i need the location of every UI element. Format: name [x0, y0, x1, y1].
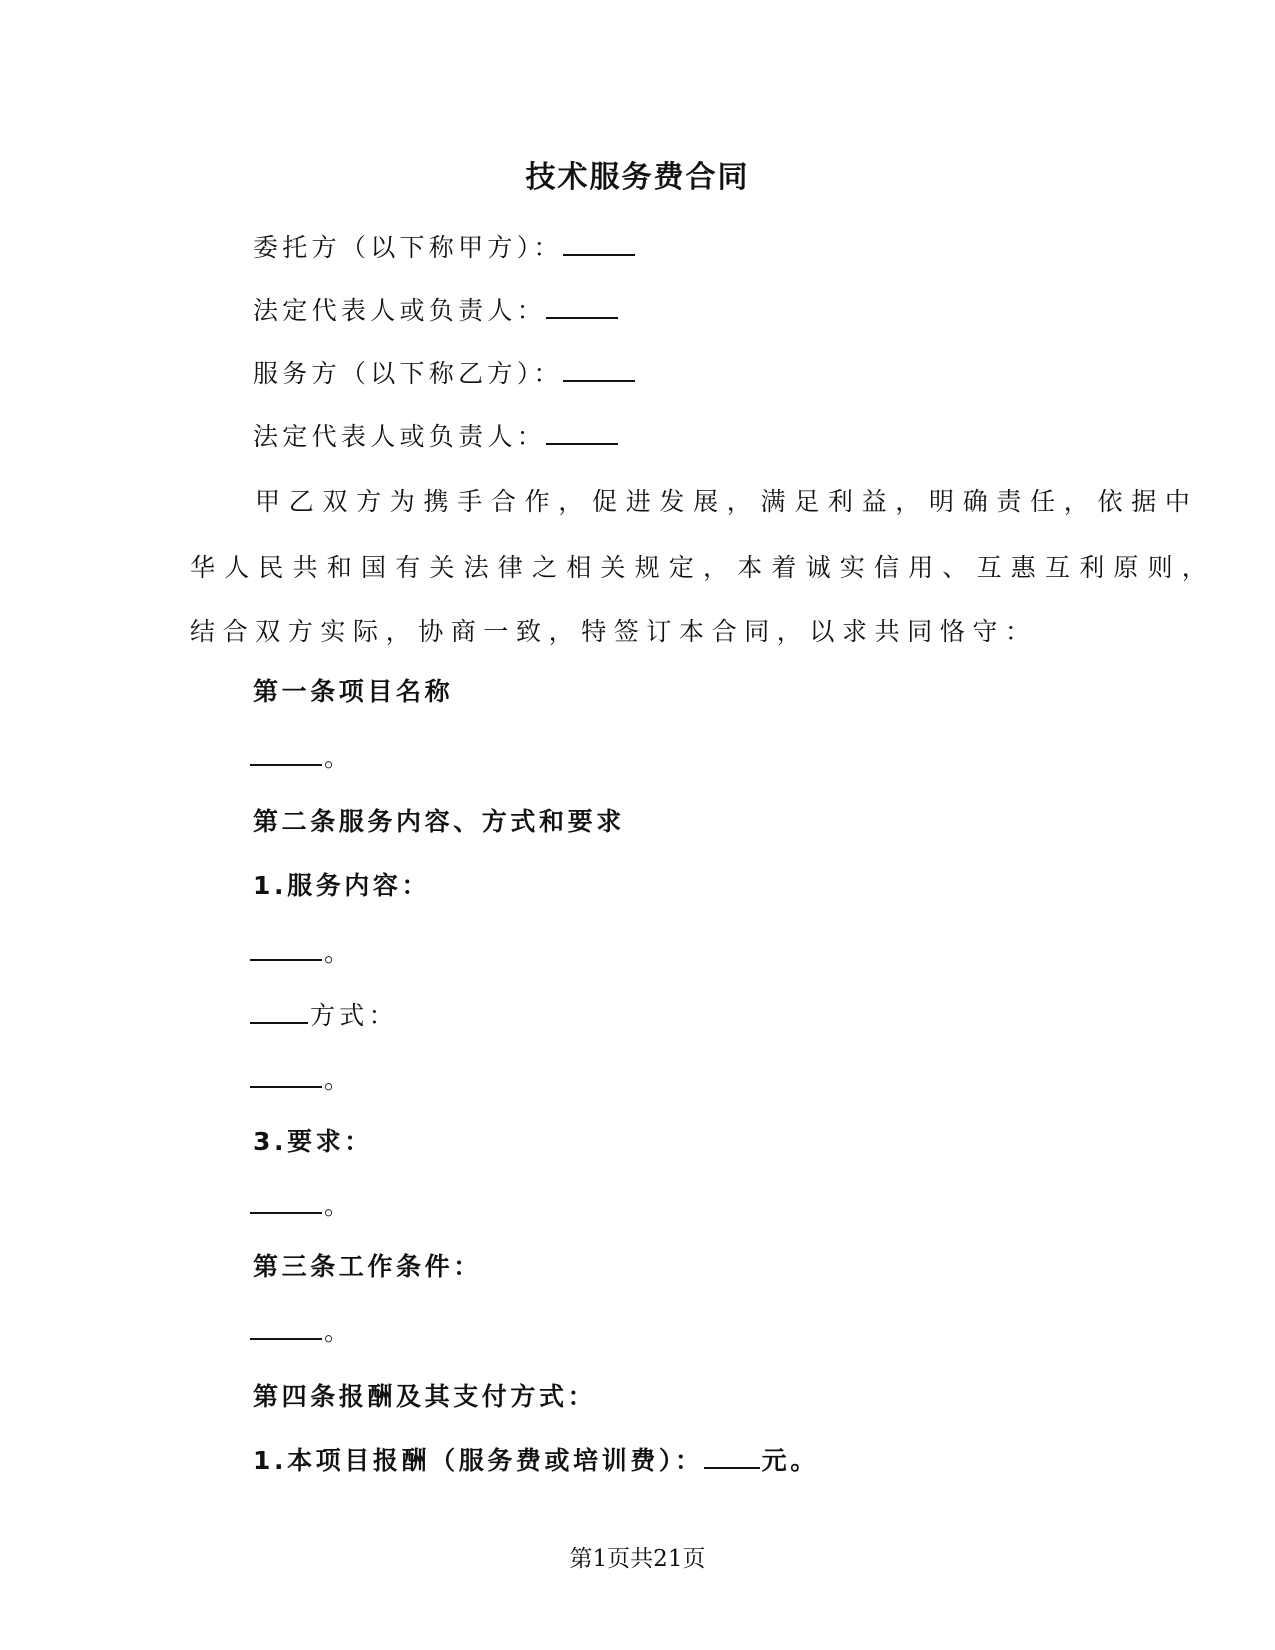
service-content-label: 1.服务内容：	[253, 870, 430, 902]
article-1-fill-line: 。	[250, 742, 353, 774]
party-client-rep-label: 法定代表人或负责人：	[253, 296, 546, 325]
party-client-blank[interactable]	[563, 232, 635, 256]
party-provider-rep-label: 法定代表人或负责人：	[253, 422, 546, 451]
requirements-label: 3.要求：	[253, 1126, 373, 1158]
service-method-label: 方式：	[310, 1001, 398, 1030]
remuneration-label: 1.本项目报酬（服务费或培训费）：	[253, 1446, 704, 1475]
service-content-blank[interactable]	[250, 937, 322, 961]
currency-unit: 元。	[762, 1446, 819, 1475]
party-client-rep-blank[interactable]	[546, 295, 618, 319]
requirements-fill-line: 。	[250, 1190, 353, 1222]
document-title: 技术服务费合同	[0, 160, 1275, 196]
article-2-heading: 第二条服务内容、方式和要求	[253, 806, 625, 838]
party-client-label: 委托方（以下称甲方）：	[253, 233, 563, 262]
party-provider-label: 服务方（以下称乙方）：	[253, 359, 563, 388]
article-3-heading: 第三条工作条件：	[253, 1251, 482, 1283]
party-client-rep-line: 法定代表人或负责人：	[253, 295, 620, 327]
period: 。	[324, 1191, 353, 1220]
page-indicator: 第1页共21页	[0, 1544, 1275, 1574]
remuneration-line: 1.本项目报酬（服务费或培训费）：元。	[253, 1445, 819, 1477]
article-1-heading: 第一条项目名称	[253, 676, 453, 708]
period: 。	[324, 1317, 353, 1346]
project-name-blank[interactable]	[250, 742, 322, 766]
party-client-line: 委托方（以下称甲方）：	[253, 232, 637, 264]
period: 。	[324, 938, 353, 967]
document-page: 技术服务费合同 委托方（以下称甲方）： 法定代表人或负责人： 服务方（以下称乙方…	[0, 0, 1275, 1650]
preamble-line-1: 甲乙双方为携手合作，促进发展，满足利益，明确责任，依据中	[255, 486, 1199, 518]
preamble-line-2: 华人民共和国有关法律之相关规定，本着诚实信用、互惠互利原则，	[190, 552, 1216, 584]
period: 。	[324, 1065, 353, 1094]
preamble-line-3: 结合双方实际，协商一致，特签订本合同，以求共同恪守：	[190, 616, 1038, 648]
party-provider-rep-blank[interactable]	[546, 421, 618, 445]
remuneration-amount-blank[interactable]	[704, 1445, 760, 1469]
service-method-blank[interactable]	[250, 1064, 322, 1088]
service-method-line: 方式：	[250, 1000, 398, 1032]
party-provider-blank[interactable]	[563, 358, 635, 382]
service-content-fill-line: 。	[250, 937, 353, 969]
article-4-heading: 第四条报酬及其支付方式：	[253, 1381, 596, 1413]
service-method-fill-line: 。	[250, 1064, 353, 1096]
party-provider-line: 服务方（以下称乙方）：	[253, 358, 637, 390]
period: 。	[324, 743, 353, 772]
requirements-blank[interactable]	[250, 1190, 322, 1214]
work-conditions-blank[interactable]	[250, 1316, 322, 1340]
service-method-prefix-blank[interactable]	[250, 1000, 308, 1024]
article-3-fill-line: 。	[250, 1316, 353, 1348]
party-provider-rep-line: 法定代表人或负责人：	[253, 421, 620, 453]
